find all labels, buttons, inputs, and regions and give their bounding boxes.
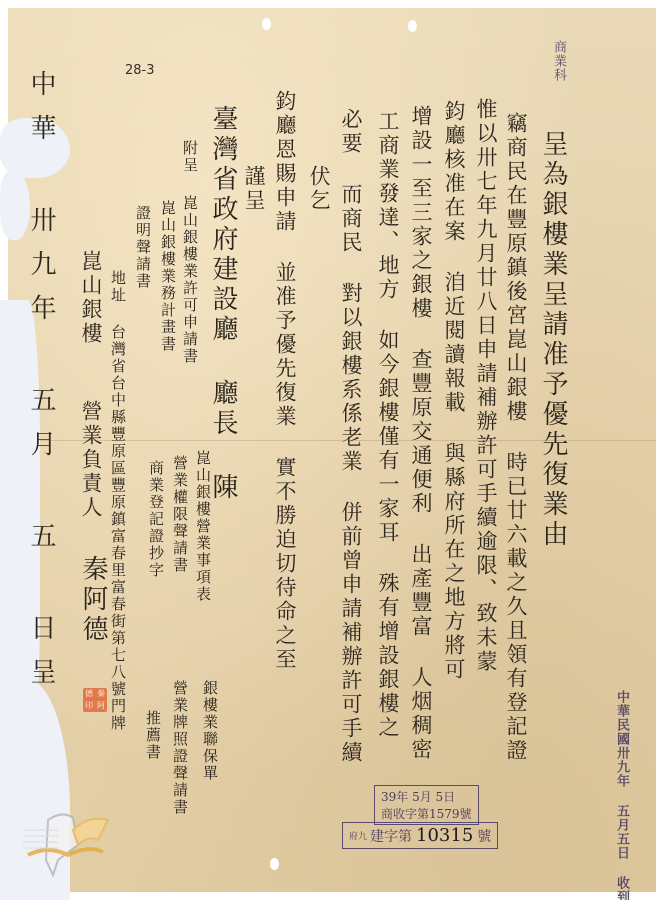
paper-hole — [270, 858, 279, 870]
body-column: 工商業發達、地方 如今銀樓僅有一家耳 殊有增設銀樓之 — [377, 110, 398, 740]
body-column: 鈞廳核准在案 洎近閱讀報載 與縣府所在之地方將可 — [443, 100, 464, 682]
paper-hole — [262, 18, 271, 30]
attachment-item: 營業權限聲請書 — [172, 455, 187, 574]
personal-seal: 德秦 印阿 — [83, 688, 107, 712]
body-column: 竊商民在豐原鎮後宮崑山銀樓 時已廿六載之久且領有登記證 — [505, 112, 526, 763]
body-column: 必要 而商民 對以銀樓系係老業 併前曾申請補辦許可手續 — [340, 108, 361, 765]
body-column: 鈞廳恩賜申請 並准予優先復業 實不勝迫切待命之至 — [274, 90, 295, 672]
attachment-item: 推薦書 — [145, 710, 160, 761]
page-number: 28-3 — [125, 63, 155, 78]
date-line: 中華 卅九年 五月 五 日呈 — [28, 70, 54, 702]
receipt-mark: 商業科 — [552, 40, 565, 82]
body-column: 增設一至三家之銀樓 查豐原交通便利 出產豐富 人烟稠密 — [410, 105, 431, 762]
archive-logo-icon — [18, 800, 118, 880]
signatory-name: 秦阿德 — [80, 555, 106, 645]
body-column: 惟以卅七年九月廿八日申請補辦許可手續逾限、致未蒙 — [475, 98, 496, 674]
side-received-stamp: 中華民國卅九年 五月五日 收到 — [615, 690, 628, 900]
signatory-role: 營業負責人 — [80, 400, 101, 520]
shop-name: 崑山銀樓 — [80, 250, 101, 346]
addressee: 臺灣省政府建設廳 廳長 陳 — [210, 105, 236, 503]
attachment-item: 崑山銀樓業務計畫書 — [160, 200, 175, 353]
received-stamp: 39年 5月 5日 商收字第1579號 — [374, 785, 479, 825]
attachment-item: 營業牌照證聲請書 — [172, 680, 187, 816]
paper-hole — [408, 20, 417, 32]
document-title: 呈為銀樓業呈請准予優先復業由 — [540, 130, 566, 550]
body-column: 謹呈 — [243, 165, 264, 213]
filing-stamp: 府九 建字第 10315 號 — [342, 822, 498, 849]
attachments-label: 附呈 — [182, 140, 197, 174]
attachment-item: 崑山銀樓業許可申請書 — [182, 195, 197, 365]
attachment-item: 證明聲請書 — [135, 205, 150, 290]
body-column: 伏乞 — [308, 165, 329, 213]
attachment-item: 崑山銀樓營業事項表 — [195, 450, 210, 603]
attachment-item: 銀樓業聯保單 — [202, 680, 217, 782]
attachment-item: 商業登記證抄字 — [148, 460, 163, 579]
address: 地址 台灣省台中縣豐原區豐原鎮富春里富春街第七八號門牌 — [110, 270, 125, 732]
